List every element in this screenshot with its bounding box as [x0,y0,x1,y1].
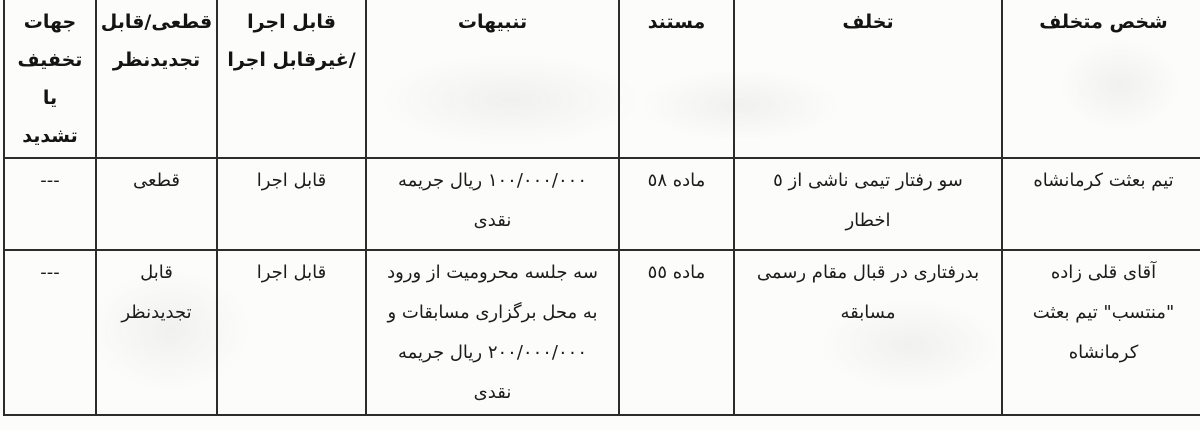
cell-row2-violation: بدرفتاری در قبال مقام رسمی مسابقه [734,250,1002,415]
col-header-reference: مستند [619,0,734,158]
col-header-finality: قطعی/قابل تجدیدنظر [96,0,217,158]
cell-row2-offender: آقای قلی زاده "منتسب" تیم بعثت کرمانشاه [1002,250,1200,415]
col-header-violation: تخلف [734,0,1002,158]
table-row-2: آقای قلی زاده "منتسب" تیم بعثت کرمانشاه … [4,250,1200,415]
col-header-offender: شخص متخلف [1002,0,1200,158]
disciplinary-verdicts-table: شخص متخلف تخلف مستند تنبیهات قابل اجرا /… [3,0,1200,416]
col-header-penalties: تنبیهات [366,0,619,158]
col-header-mitigation: جهات تخفیف یا تشدید [4,0,96,158]
cell-row1-enforceability: قابل اجرا [217,158,366,250]
scanned-document-page: شخص متخلف تخلف مستند تنبیهات قابل اجرا /… [0,0,1200,430]
cell-row1-reference: ماده ٥٨ [619,158,734,250]
cell-row1-penalties: ١٠٠/٠٠٠/٠٠٠ ریال جریمه نقدی [366,158,619,250]
cell-row2-finality: قابل تجدیدنظر [96,250,217,415]
col-header-enforceability: قابل اجرا /غیرقابل اجرا [217,0,366,158]
cell-row1-mitigation: --- [4,158,96,250]
cell-row1-finality: قطعی [96,158,217,250]
cell-row1-violation: سو رفتار تیمی ناشی از ٥ اخطار [734,158,1002,250]
cell-row2-mitigation: --- [4,250,96,415]
header-row: شخص متخلف تخلف مستند تنبیهات قابل اجرا /… [4,0,1200,158]
cell-row2-reference: ماده ٥٥ [619,250,734,415]
table-row-1: تیم بعثت کرمانشاه سو رفتار تیمی ناشی از … [4,158,1200,250]
cell-row1-offender: تیم بعثت کرمانشاه [1002,158,1200,250]
cell-row2-penalties: سه جلسه محرومیت از ورود به محل برگزاری م… [366,250,619,415]
cell-row2-enforceability: قابل اجرا [217,250,366,415]
